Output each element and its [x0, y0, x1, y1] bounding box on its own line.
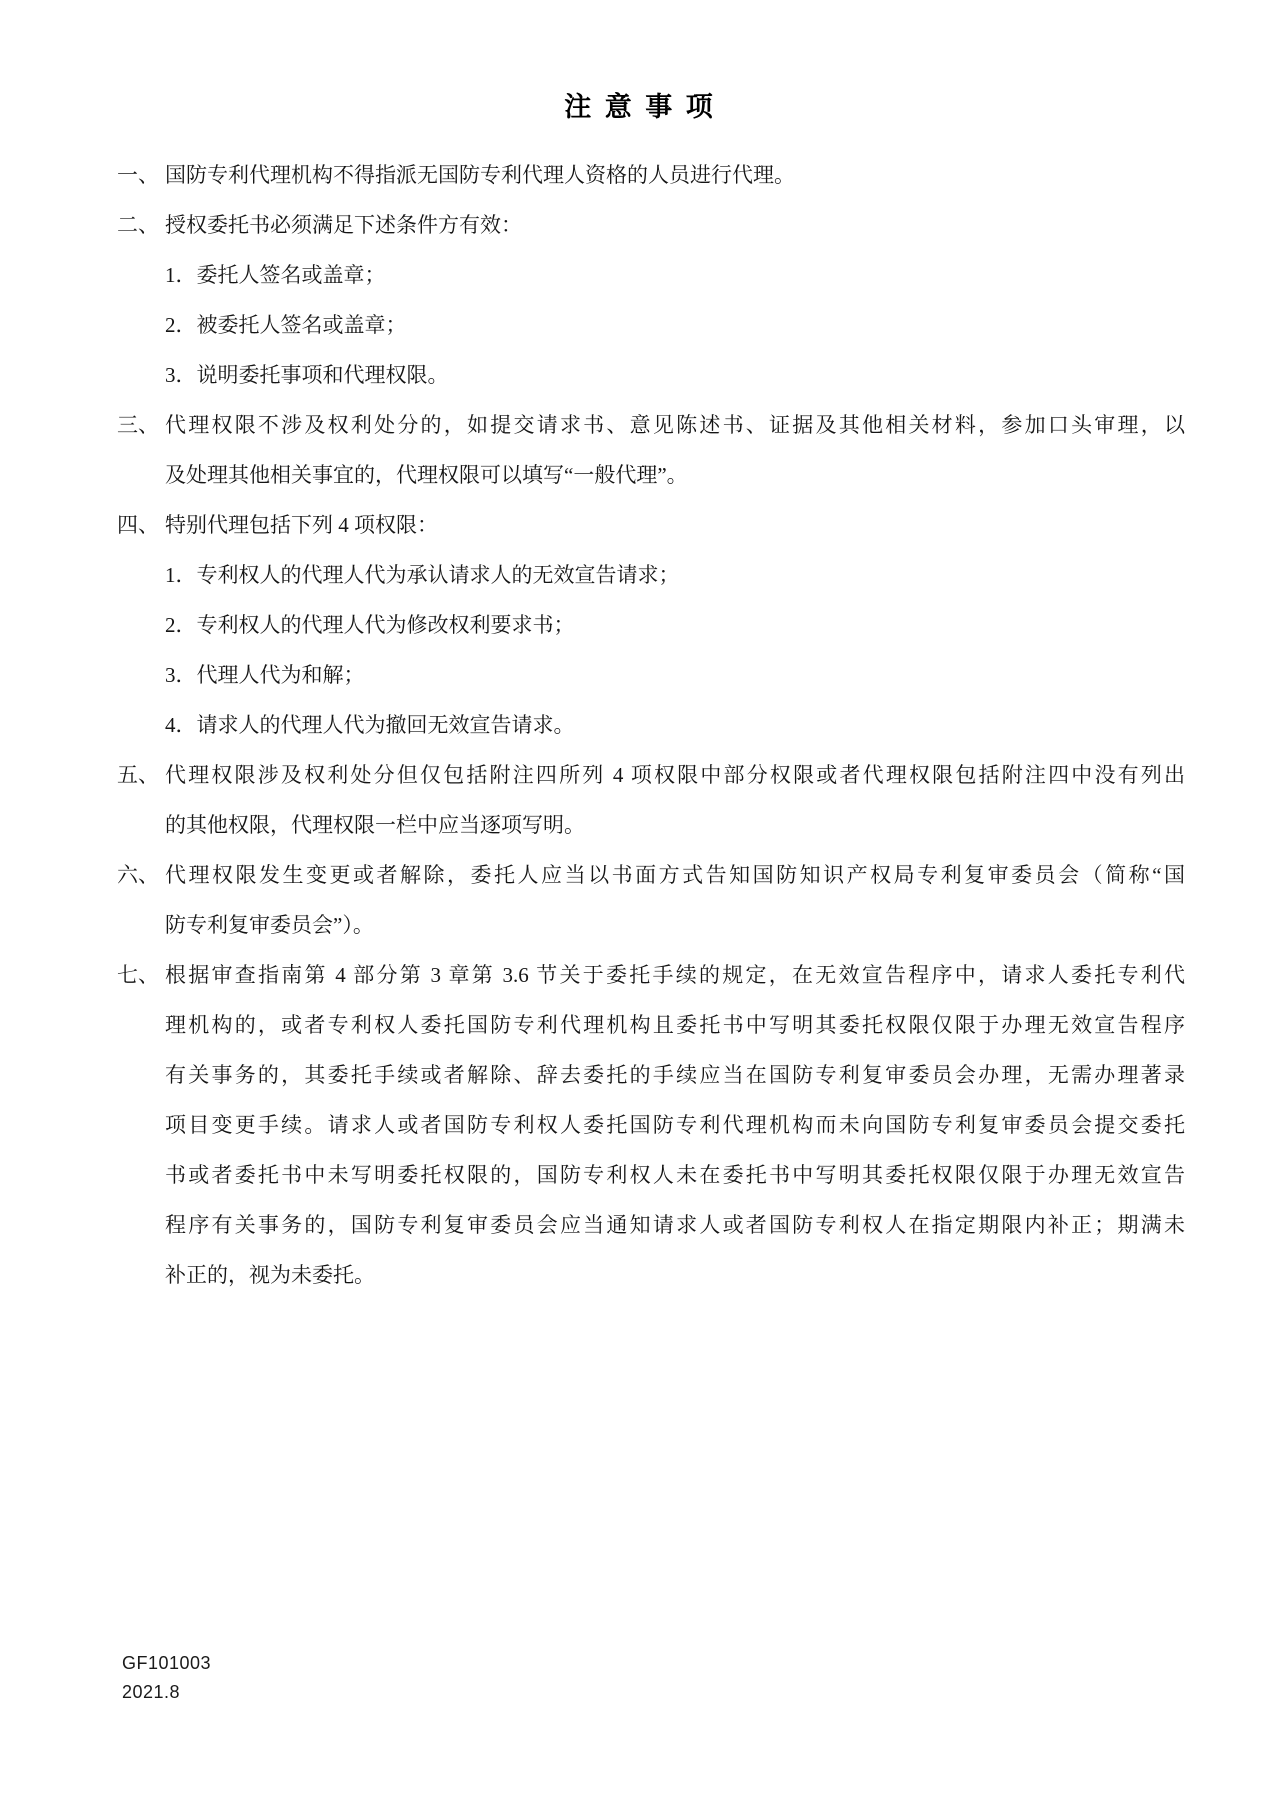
notice-item-body: 国防专利代理机构不得指派无国防专利代理人资格的人员进行代理。 — [165, 150, 1185, 200]
subitem-text: 专利权人的代理人代为修改权利要求书； — [197, 613, 575, 637]
notice-item-number: 二、 — [117, 200, 165, 250]
subitem-text: 说明委托事项和代理权限。 — [197, 363, 449, 387]
notice-line: 代理权限不涉及权利处分的，如提交请求书、意见陈述书、证据及其他相关材料，参加口头… — [165, 400, 1185, 450]
notice-item: 二、授权委托书必须满足下述条件方有效：1．委托人签名或盖章；2．被委托人签名或盖… — [117, 200, 1185, 400]
notice-line: 国防专利代理机构不得指派无国防专利代理人资格的人员进行代理。 — [165, 150, 1185, 200]
notice-item: 七、根据审查指南第 4 部分第 3 章第 3.6 节关于委托手续的规定，在无效宣… — [117, 950, 1185, 1300]
notice-line: 及处理其他相关事宜的，代理权限可以填写“一般代理”。 — [165, 450, 1185, 500]
notice-item-body: 根据审查指南第 4 部分第 3 章第 3.6 节关于委托手续的规定，在无效宣告程… — [165, 950, 1185, 1300]
subitem-text: 专利权人的代理人代为承认请求人的无效宣告请求； — [197, 563, 680, 587]
notice-item-number: 三、 — [117, 400, 165, 450]
notice-line: 授权委托书必须满足下述条件方有效： — [165, 200, 1185, 250]
notice-line: 特别代理包括下列 4 项权限： — [165, 500, 1185, 550]
notice-item-number: 七、 — [117, 950, 165, 1000]
form-code: GF101003 — [122, 1649, 211, 1678]
notice-subitem: 4．请求人的代理人代为撤回无效宣告请求。 — [165, 700, 1185, 750]
notice-line: 程序有关事务的，国防专利复审委员会应当通知请求人或者国防专利权人在指定期限内补正… — [165, 1200, 1185, 1250]
notice-item-body: 代理权限发生变更或者解除，委托人应当以书面方式告知国防知识产权局专利复审委员会（… — [165, 850, 1185, 950]
notice-subitem: 2．专利权人的代理人代为修改权利要求书； — [165, 600, 1185, 650]
subitem-text: 委托人签名或盖章； — [197, 263, 386, 287]
subitem-number: 2． — [165, 613, 197, 637]
subitem-number: 4． — [165, 713, 197, 737]
notice-item: 五、代理权限涉及权利处分但仅包括附注四所列 4 项权限中部分权限或者代理权限包括… — [117, 750, 1185, 850]
notice-line: 理机构的，或者专利权人委托国防专利代理机构且委托书中写明其委托权限仅限于办理无效… — [165, 1000, 1185, 1050]
notice-line: 的其他权限，代理权限一栏中应当逐项写明。 — [165, 800, 1185, 850]
page-title: 注 意 事 项 — [0, 0, 1280, 124]
notice-subitem: 2．被委托人签名或盖章； — [165, 300, 1185, 350]
notice-item: 四、特别代理包括下列 4 项权限：1．专利权人的代理人代为承认请求人的无效宣告请… — [117, 500, 1185, 750]
notice-list: 一、国防专利代理机构不得指派无国防专利代理人资格的人员进行代理。二、授权委托书必… — [117, 150, 1185, 1300]
notice-item-number: 六、 — [117, 850, 165, 900]
subitem-number: 1． — [165, 263, 197, 287]
notice-document-page: 注 意 事 项 一、国防专利代理机构不得指派无国防专利代理人资格的人员进行代理。… — [0, 0, 1280, 1810]
subitem-number: 2． — [165, 313, 197, 337]
notice-item-body: 代理权限涉及权利处分但仅包括附注四所列 4 项权限中部分权限或者代理权限包括附注… — [165, 750, 1185, 850]
notice-line: 防专利复审委员会”）。 — [165, 900, 1185, 950]
notice-item-number: 四、 — [117, 500, 165, 550]
form-version-date: 2021.8 — [122, 1678, 211, 1707]
notice-line: 代理权限涉及权利处分但仅包括附注四所列 4 项权限中部分权限或者代理权限包括附注… — [165, 750, 1185, 800]
notice-line: 补正的，视为未委托。 — [165, 1250, 1185, 1300]
notice-item: 三、代理权限不涉及权利处分的，如提交请求书、意见陈述书、证据及其他相关材料，参加… — [117, 400, 1185, 500]
notice-subitem: 1．委托人签名或盖章； — [165, 250, 1185, 300]
notice-subitem: 3．代理人代为和解； — [165, 650, 1185, 700]
form-footer: GF101003 2021.8 — [122, 1649, 211, 1707]
notice-item-number: 一、 — [117, 150, 165, 200]
subitem-text: 被委托人签名或盖章； — [197, 313, 407, 337]
notice-subitem: 3．说明委托事项和代理权限。 — [165, 350, 1185, 400]
subitem-number: 3． — [165, 363, 197, 387]
notice-item-number: 五、 — [117, 750, 165, 800]
notice-item-body: 特别代理包括下列 4 项权限：1．专利权人的代理人代为承认请求人的无效宣告请求；… — [165, 500, 1185, 750]
notice-item-body: 代理权限不涉及权利处分的，如提交请求书、意见陈述书、证据及其他相关材料，参加口头… — [165, 400, 1185, 500]
notice-line: 书或者委托书中未写明委托权限的，国防专利权人未在委托书中写明其委托权限仅限于办理… — [165, 1150, 1185, 1200]
subitem-number: 3． — [165, 663, 197, 687]
subitem-text: 请求人的代理人代为撤回无效宣告请求。 — [197, 713, 575, 737]
notice-line: 项目变更手续。请求人或者国防专利权人委托国防专利代理机构而未向国防专利复审委员会… — [165, 1100, 1185, 1150]
subitem-number: 1． — [165, 563, 197, 587]
subitem-text: 代理人代为和解； — [197, 663, 365, 687]
notice-item: 一、国防专利代理机构不得指派无国防专利代理人资格的人员进行代理。 — [117, 150, 1185, 200]
notice-subitem: 1．专利权人的代理人代为承认请求人的无效宣告请求； — [165, 550, 1185, 600]
notice-line: 有关事务的，其委托手续或者解除、辞去委托的手续应当在国防专利复审委员会办理，无需… — [165, 1050, 1185, 1100]
notice-line: 根据审查指南第 4 部分第 3 章第 3.6 节关于委托手续的规定，在无效宣告程… — [165, 950, 1185, 1000]
notice-item: 六、代理权限发生变更或者解除，委托人应当以书面方式告知国防知识产权局专利复审委员… — [117, 850, 1185, 950]
notice-line: 代理权限发生变更或者解除，委托人应当以书面方式告知国防知识产权局专利复审委员会（… — [165, 850, 1185, 900]
notice-item-body: 授权委托书必须满足下述条件方有效：1．委托人签名或盖章；2．被委托人签名或盖章；… — [165, 200, 1185, 400]
